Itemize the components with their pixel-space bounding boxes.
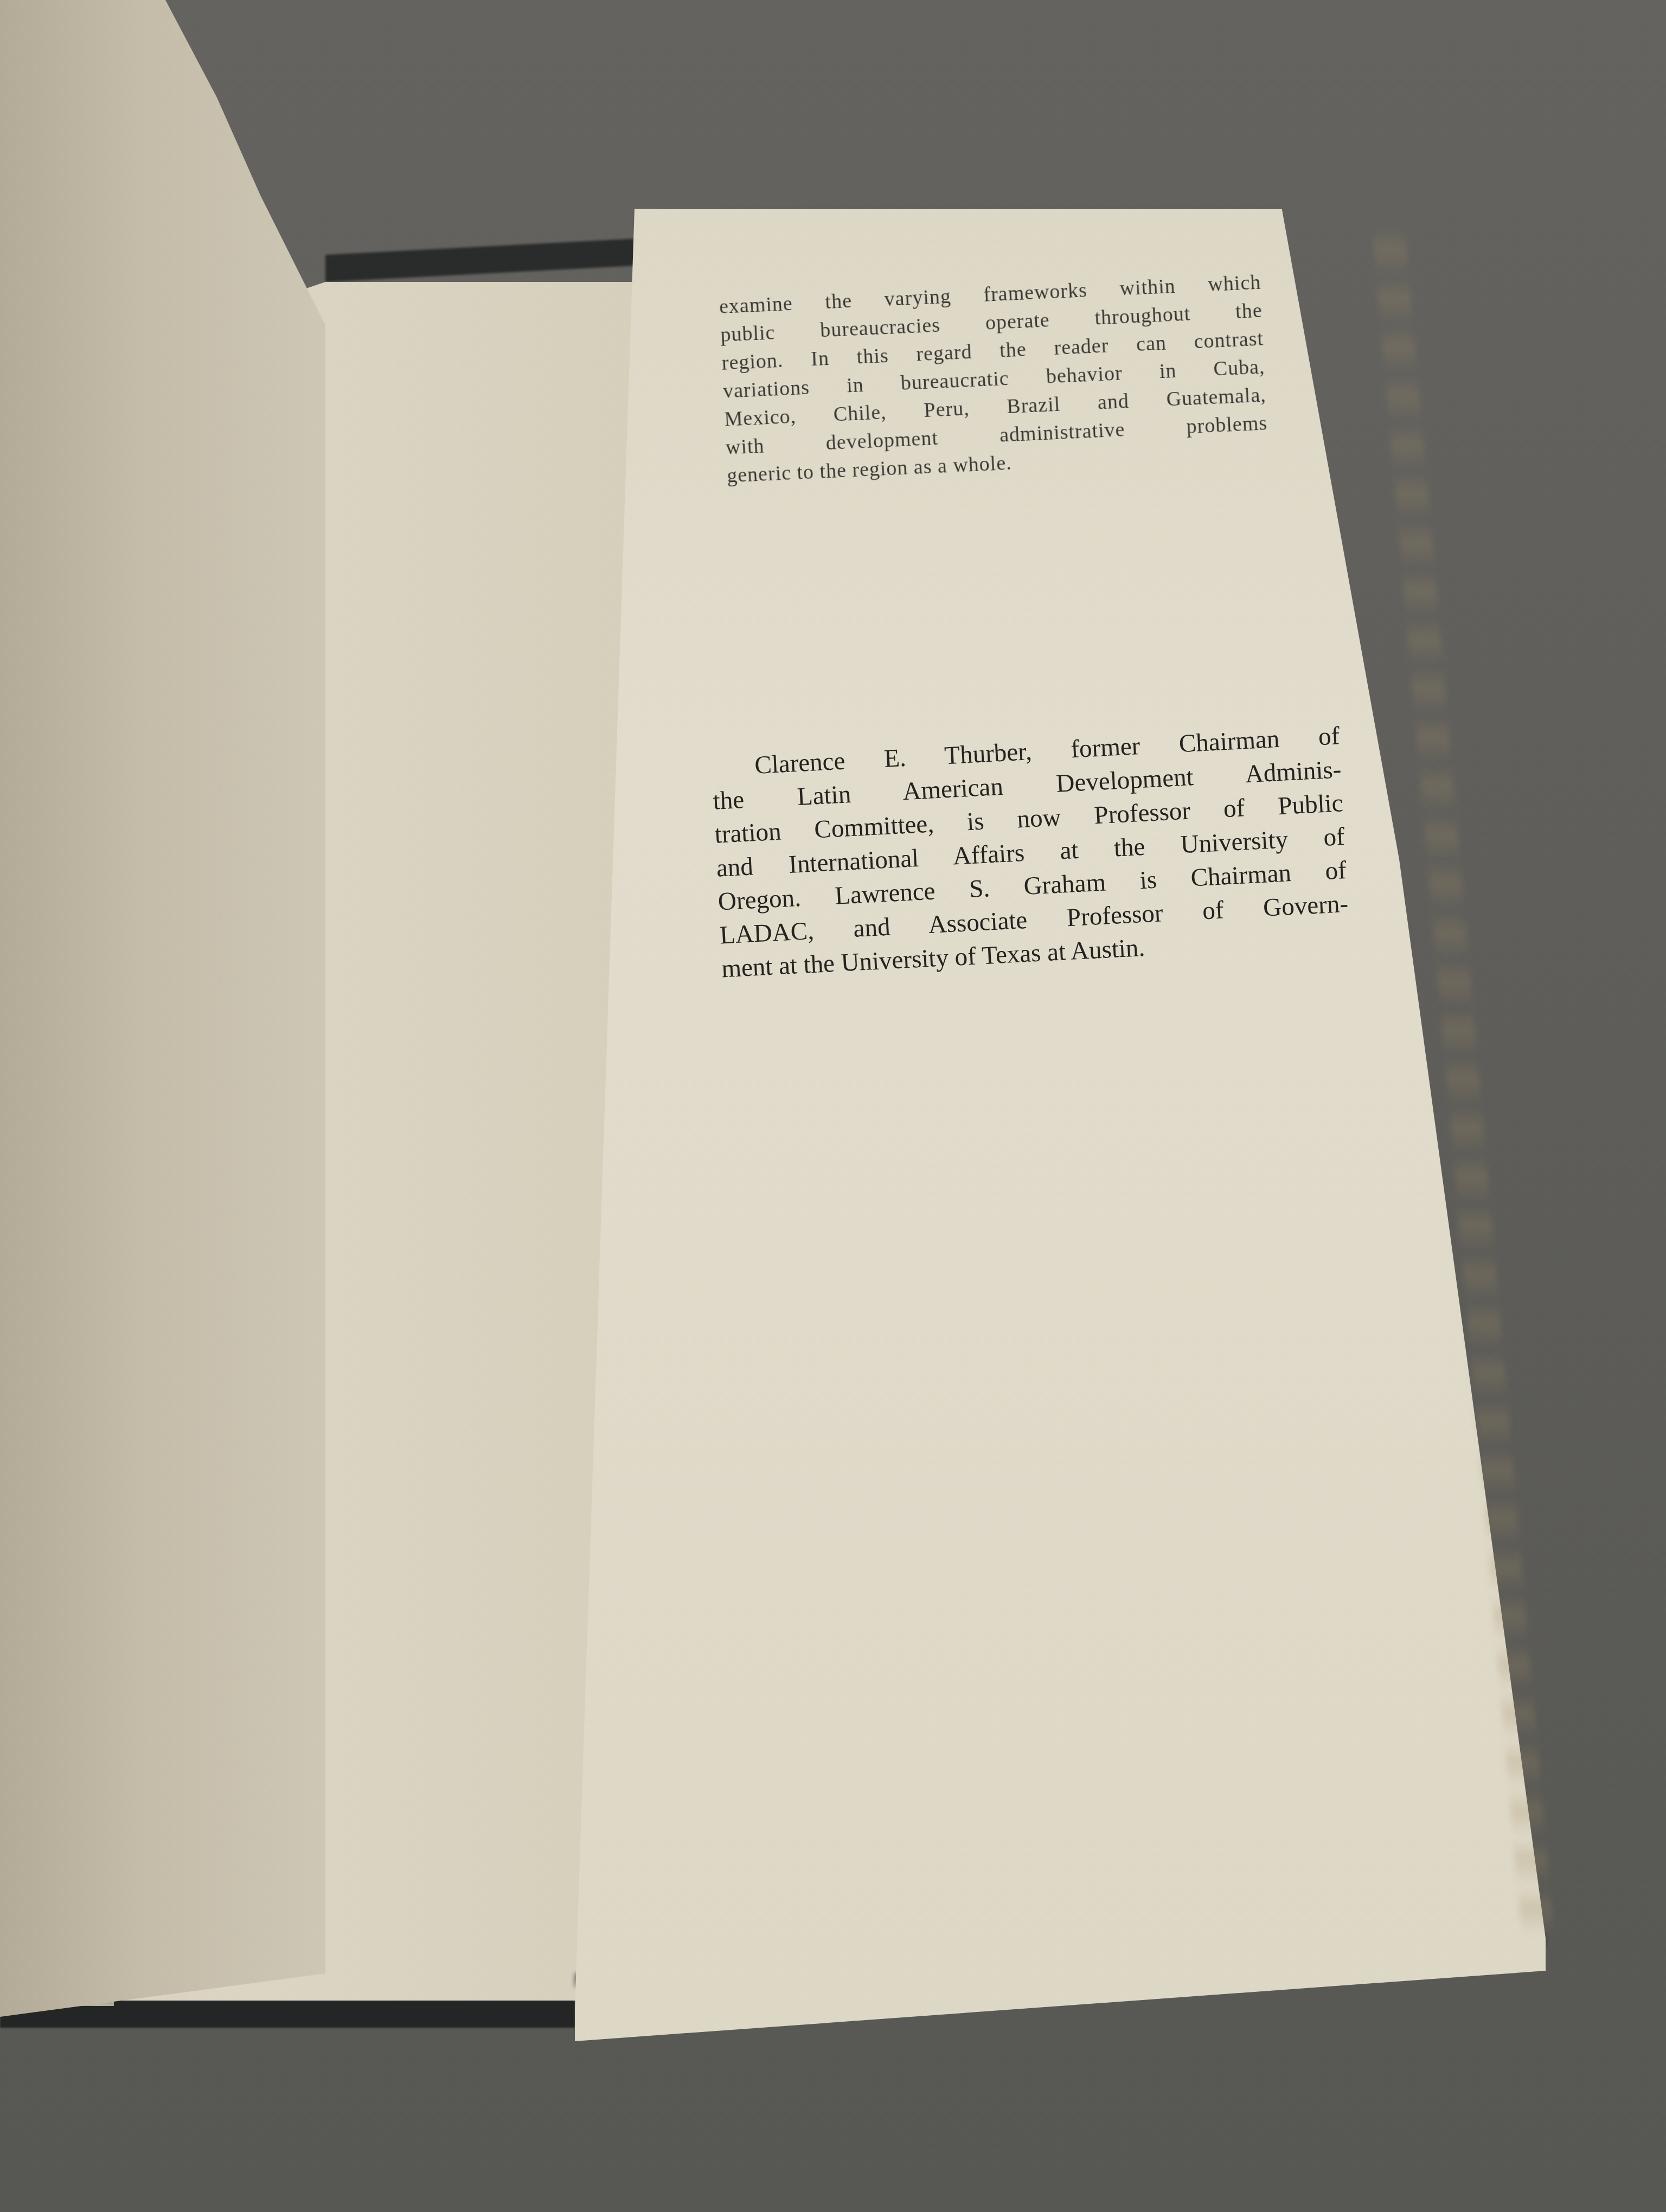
author-bio-paragraph: Clarence E. Thurber, former Chairman of … xyxy=(710,719,1350,986)
flyleaf-page xyxy=(0,0,347,2017)
book-description-paragraph: examine the varying frameworks within wh… xyxy=(719,268,1269,490)
